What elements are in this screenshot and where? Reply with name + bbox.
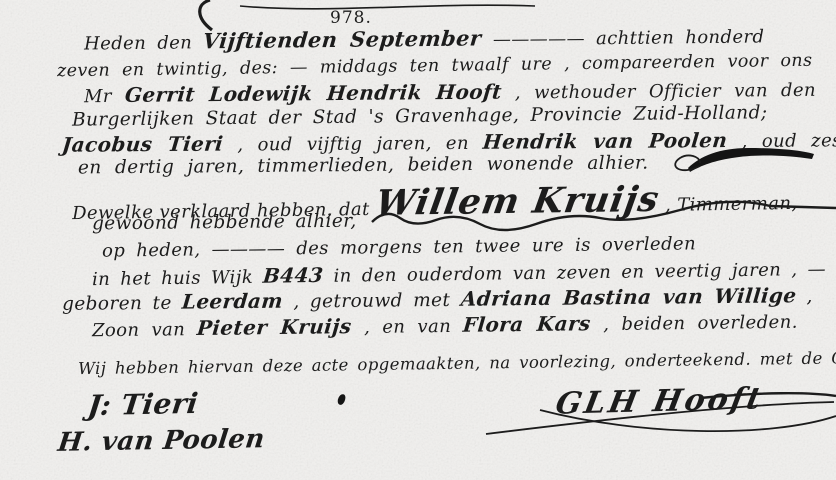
mother-name: Flora Kars	[462, 311, 592, 337]
witness1-name: Jacobus Tieri	[61, 132, 225, 157]
witnesses-line-2: en dertig jaren, timmerlieden, beiden wo…	[78, 153, 649, 179]
signature-van-poolen: H. van Poolen	[56, 424, 266, 458]
top-cutoff-stroke	[200, 0, 212, 30]
witness2-age-start: , oud zes	[742, 130, 836, 152]
witness1-age: , oud vijftig jaren, en	[237, 133, 469, 156]
house-number: B443	[262, 263, 324, 288]
act-number: 978.	[330, 8, 372, 28]
parents-pre: Zoon van	[92, 319, 185, 341]
death-age: in den ouderdom van zeven en veertig jar…	[333, 259, 826, 287]
residence-line: gewoond hebbende alhier,	[92, 211, 357, 235]
official-title: Mr	[84, 86, 112, 107]
witness2-name: Hendrik van Poolen	[482, 128, 729, 154]
ink-blot	[337, 393, 346, 405]
closing-line: Wij hebben hiervan deze acte opgemaakten…	[78, 347, 836, 378]
death-time-line: op heden, ———— des morgens ten twee ure …	[102, 233, 696, 261]
opening-line: Heden den Vijftienden September ————— ac…	[84, 22, 765, 54]
deceased-occupation: , Timmerman,	[665, 193, 798, 216]
top-cutoff-flourish	[240, 5, 535, 9]
death-date: Vijftienden September	[202, 25, 483, 53]
year-words: achttien honderd	[596, 26, 765, 49]
official-name: Gerrit Lodewijk Hendrik Hooft	[124, 80, 503, 107]
line6-loop	[675, 156, 700, 171]
father-name: Pieter Kruijs	[196, 314, 353, 340]
deceased-name: Willem Kruijs	[372, 179, 662, 224]
death-place-pre: in het huis Wijk	[92, 267, 253, 290]
marriage-mid: , getrouwd met	[293, 290, 450, 313]
birth-place: Leerdam	[181, 289, 284, 314]
birth-line-end: ,	[806, 286, 813, 307]
time-line: zeven en twintig, des: — middags ten twa…	[57, 51, 813, 82]
document-scan: 978. Heden den Vijftienden September ———…	[0, 0, 836, 480]
parents-end: , beiden overleden.	[603, 312, 798, 335]
birth-pre: geboren te	[62, 293, 172, 315]
parents-mid: , en van	[364, 316, 451, 338]
signature-tieri: J: Tieri	[86, 387, 200, 422]
spouse-name: Adriana Bastina van Willige	[459, 283, 797, 311]
filler-dash: —————	[493, 28, 585, 50]
civil-registry-line: Burgerlijken Staat der Stad 's Gravenhag…	[72, 102, 768, 130]
parents-line: Zoon van Pieter Kruijs , en van Flora Ka…	[92, 309, 798, 342]
official-function: , wethouder Officier van den	[515, 80, 816, 104]
opening-pre: Heden den	[84, 32, 192, 54]
signature-hooft: GLH Hooft	[553, 381, 767, 422]
witnesses-line-1: Jacobus Tieri , oud vijftig jaren, en He…	[62, 127, 836, 156]
